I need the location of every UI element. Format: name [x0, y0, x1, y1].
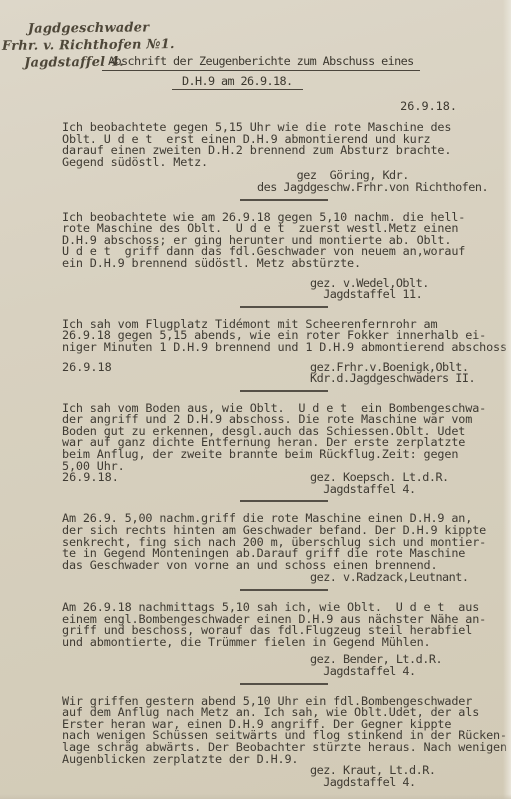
report-signature: gez Göring, Kdr. des Jagdgeschw.Frhr.von… — [257, 170, 508, 193]
report-body: Wir griffen gestern abend 5,10 Uhr ein f… — [62, 696, 508, 766]
section-divider — [240, 390, 328, 392]
report-body: Am 26.9.18 nachmittags 5,10 sah ich, wie… — [62, 602, 508, 648]
section-divider — [240, 589, 328, 591]
title-line-1: Abschrift der Zeugenberichte zum Abschus… — [102, 56, 420, 71]
report-body: Ich sah vom Flugplatz Tidémont mit Schee… — [62, 319, 508, 354]
report-date: 26.9.18. — [62, 472, 119, 484]
signature-row: gez Göring, Kdr. des Jagdgeschw.Frhr.von… — [62, 170, 508, 193]
witness-report-bender: Am 26.9.18 nachmittags 5,10 sah ich, wie… — [62, 602, 508, 685]
signature-row: gez. Bender, Lt.d.R. Jagdstaffel 4. — [62, 654, 508, 677]
report-signature: gez. Bender, Lt.d.R. Jagdstaffel 4. — [310, 654, 508, 677]
report-date: 26.9.18 — [62, 362, 112, 374]
report-signature: gez. Koepsch. Lt.d.R. Jagdstaffel 4. — [310, 472, 508, 495]
section-divider — [240, 306, 328, 308]
signature-row: gez. Kraut, Lt.d.R. Jagdstaffel 4. — [62, 765, 508, 788]
letterhead-unit-number: Frhr. v. Richthofen №1. — [2, 36, 175, 55]
report-signature: gez.Frhr.v.Boenigk,Oblt. Kdr.d.Jagdgesch… — [310, 362, 508, 385]
report-body: Ich beobachtete wie am 26.9.18 gegen 5,1… — [62, 212, 508, 270]
section-divider — [240, 199, 328, 201]
title-line-2: D.H.9 am 26.9.18. — [172, 76, 303, 91]
report-content: Ich beobachtete gegen 5,15 Uhr wie die r… — [62, 122, 508, 788]
report-body: Ich sah vom Boden aus, wie Oblt. U d e t… — [62, 403, 508, 473]
letterhead-unit-name: Jagdgeschwader — [28, 19, 175, 38]
signature-row: 26.9.18. gez. Koepsch. Lt.d.R. Jagdstaff… — [62, 472, 508, 495]
report-date-top: 26.9.18. — [400, 101, 457, 113]
paper-edge-highlight — [503, 0, 511, 799]
witness-report-wedel: Ich beobachtete wie am 26.9.18 gegen 5,1… — [62, 212, 508, 308]
witness-report-radzack: Am 26.9. 5,00 nachm.griff die rote Masch… — [62, 513, 508, 591]
document-title: Abschrift der Zeugenberichte zum Abschus… — [108, 56, 420, 90]
signature-row: 26.9.18 gez.Frhr.v.Boenigk,Oblt. Kdr.d.J… — [62, 362, 508, 385]
section-divider — [240, 500, 328, 502]
report-signature: gez. Kraut, Lt.d.R. Jagdstaffel 4. — [310, 765, 508, 788]
report-body: Am 26.9. 5,00 nachm.griff die rote Masch… — [62, 513, 508, 571]
report-signature: gez. v.Radzack,Leutnant. — [310, 572, 508, 584]
witness-report-boenigk: Ich sah vom Flugplatz Tidémont mit Schee… — [62, 319, 508, 392]
section-divider — [240, 683, 328, 685]
report-body: Ich beobachtete gegen 5,15 Uhr wie die r… — [62, 122, 508, 168]
paper-edge-shadow — [0, 794, 511, 799]
signature-row: gez. v.Wedel,Oblt. Jagdstaffel 11. — [62, 278, 508, 301]
witness-report-koepsch: Ich sah vom Boden aus, wie Oblt. U d e t… — [62, 403, 508, 503]
signature-row: gez. v.Radzack,Leutnant. — [62, 572, 508, 584]
report-signature: gez. v.Wedel,Oblt. Jagdstaffel 11. — [310, 278, 508, 301]
document-page: Jagdgeschwader Frhr. v. Richthofen №1. J… — [0, 0, 511, 799]
witness-report-kraut: Wir griffen gestern abend 5,10 Uhr ein f… — [62, 696, 508, 789]
witness-report-goering: Ich beobachtete gegen 5,15 Uhr wie die r… — [62, 122, 508, 201]
